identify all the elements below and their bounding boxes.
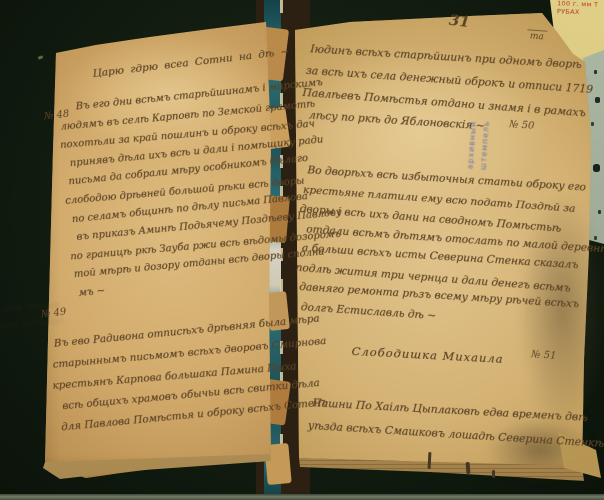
entry-number-mark: № 51 bbox=[531, 349, 557, 362]
corner-annotation: та bbox=[527, 29, 548, 42]
debris-speck bbox=[38, 55, 44, 60]
page-number: 31 bbox=[448, 11, 471, 31]
ink-drip bbox=[466, 462, 471, 474]
table-surface-edge bbox=[0, 494, 604, 500]
entry-number-mark: № 50 bbox=[509, 119, 535, 132]
stamp-text-line-2: штемпель bbox=[479, 100, 493, 170]
archive-label-text: 100 г. мм Т РУБАХ bbox=[557, 0, 599, 16]
right-page-entry-2: Во дворѣхъ всѣ избыточныя статьи оброку … bbox=[294, 161, 604, 338]
label-line-2: РУБАХ bbox=[557, 8, 598, 17]
archive-ink-stamp: архивный штемпель bbox=[466, 99, 503, 171]
ink-drip bbox=[492, 470, 495, 478]
manuscript-photo: 100 г. мм Т РУБАХ Царю гдрю всеа Сотни н… bbox=[0, 0, 604, 500]
